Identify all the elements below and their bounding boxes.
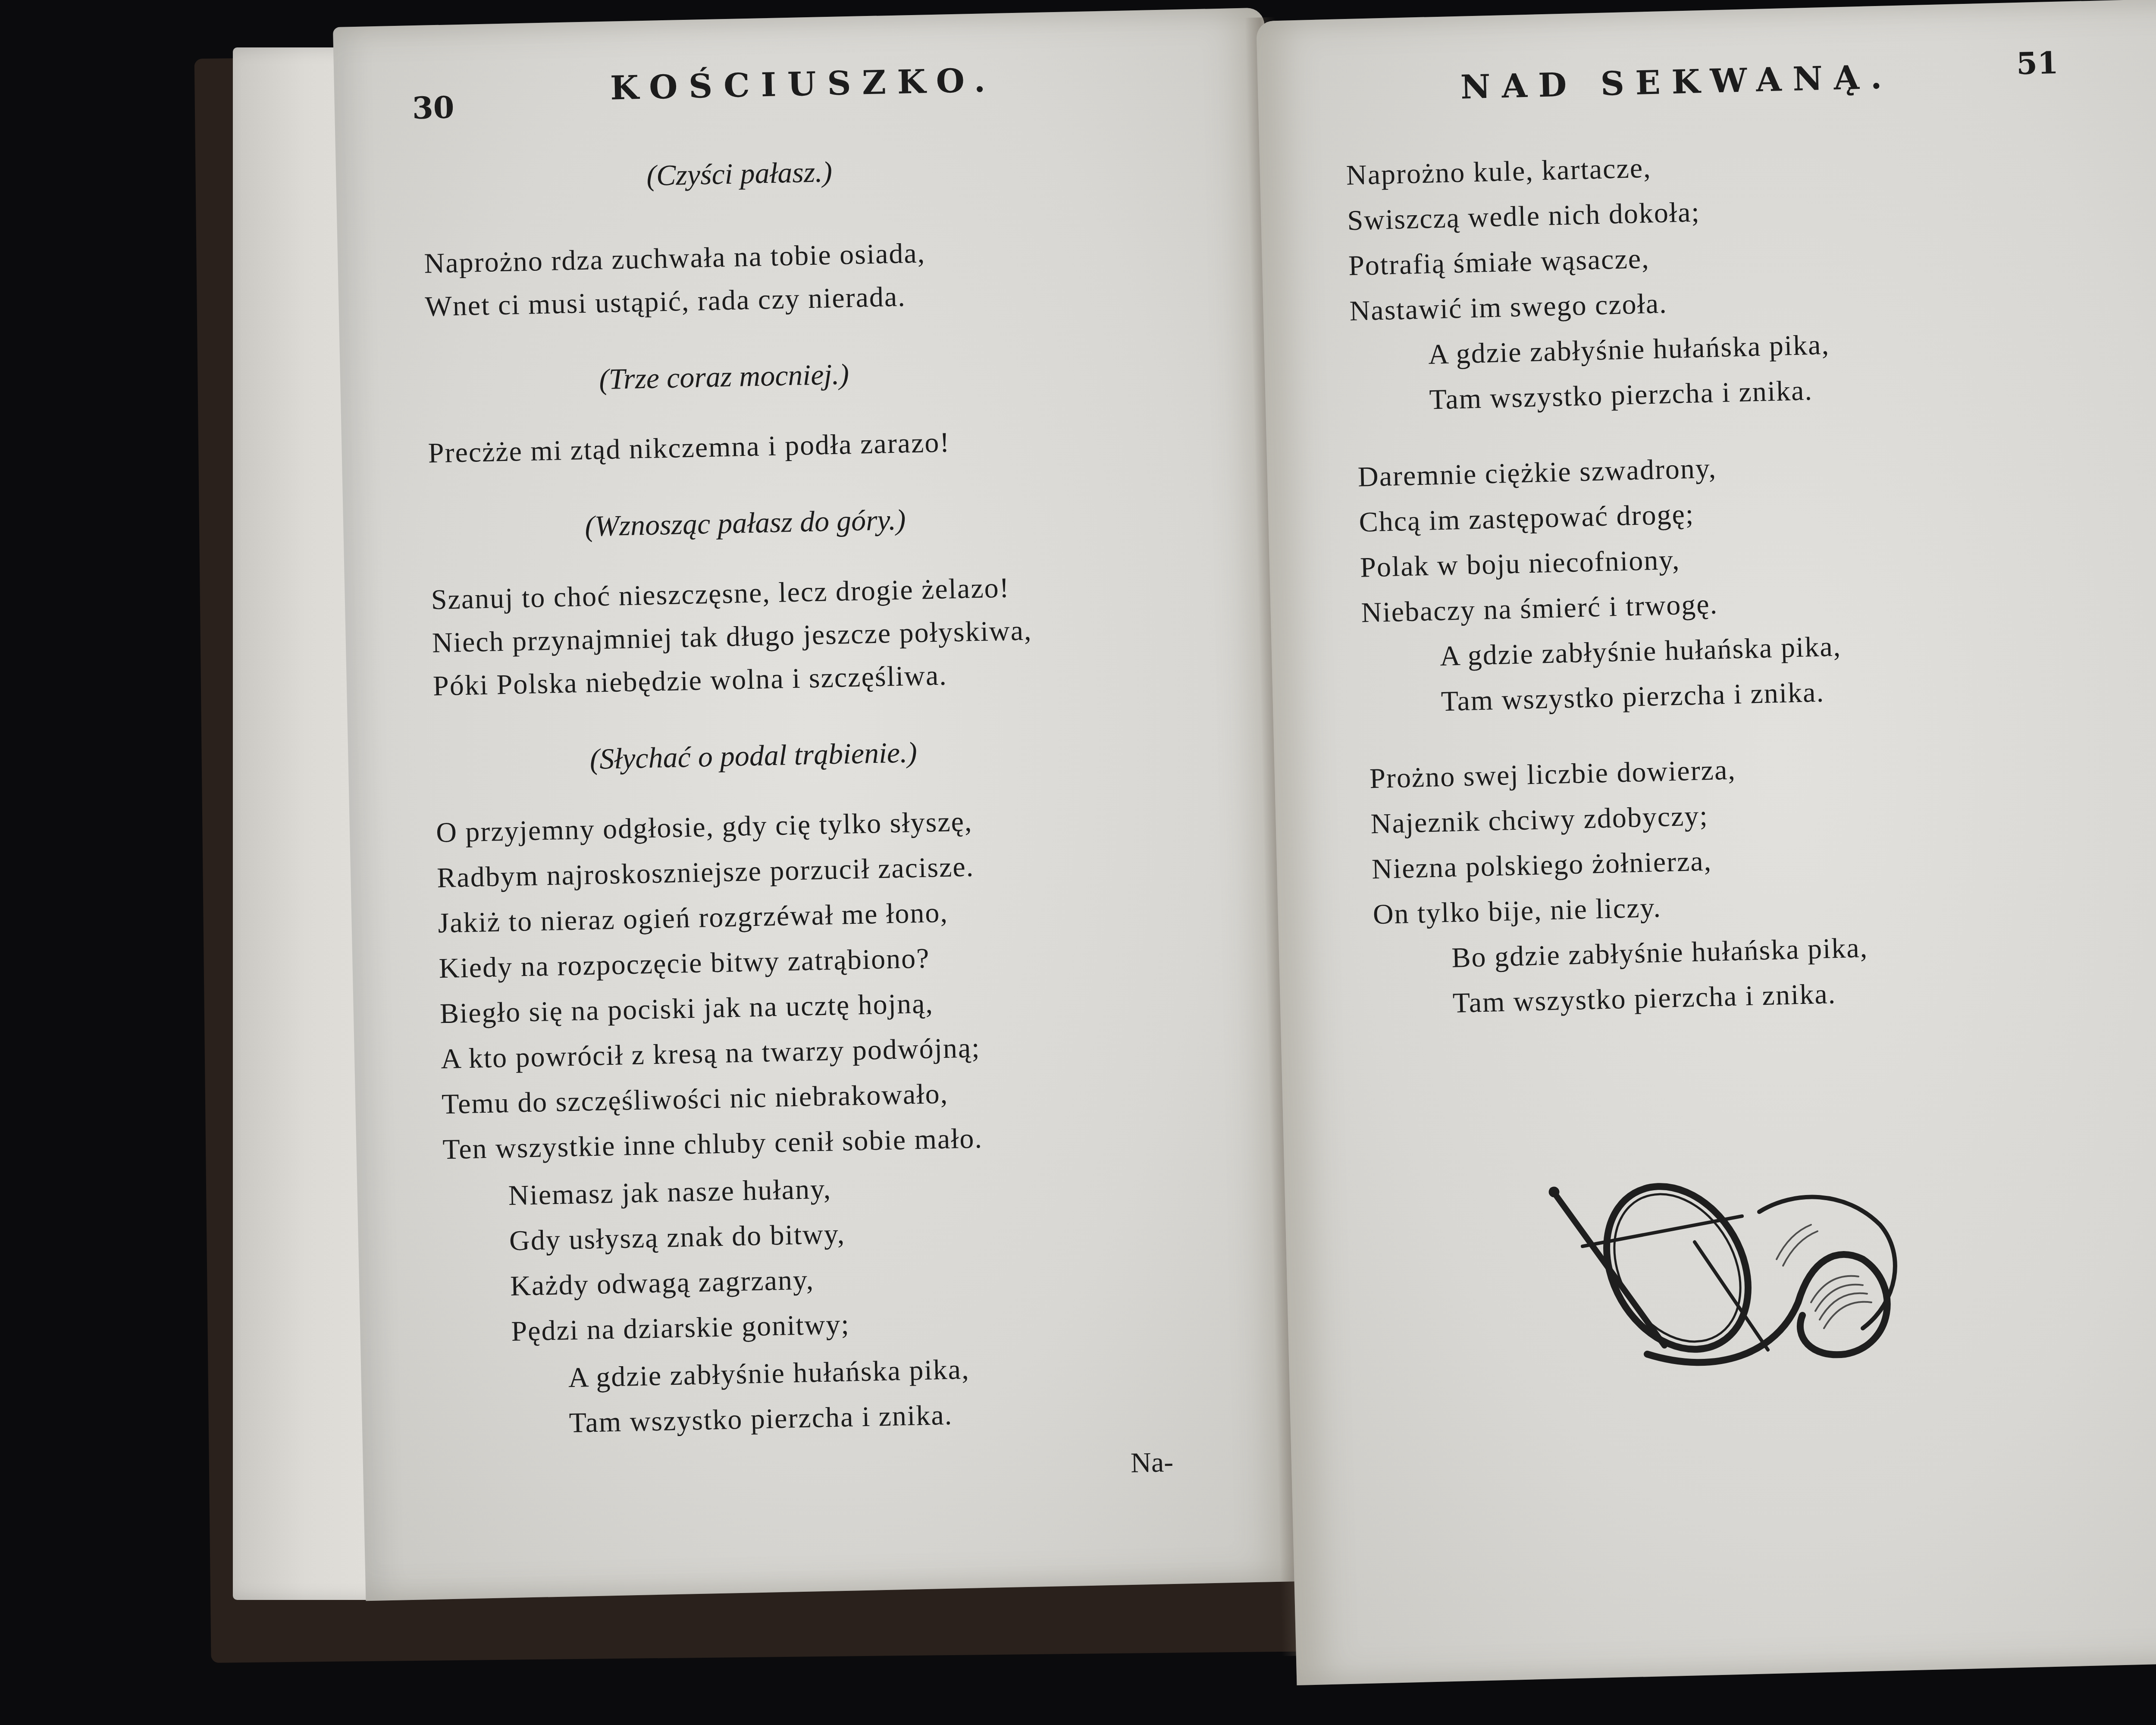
- verse-line: Pędzi na dziarskie gonitwy;: [511, 1311, 850, 1346]
- verse-line: Potrafią śmiałe wąsacze,: [1348, 245, 1650, 280]
- verse-line: Niemasz jak nasze hułany,: [508, 1175, 832, 1210]
- verse-line: Kiedy na rozpoczęcie bitwy zatrąbiono?: [439, 944, 930, 983]
- verse-line: Daremnie ciężkie szwadrony,: [1357, 454, 1717, 491]
- refrain-line: Tam wszystko pierzcha i znika.: [569, 1401, 953, 1438]
- verse-line: Chcą im zastępować drogę;: [1359, 500, 1695, 537]
- verse-line: A kto powrócił z kresą na twarzy podwójn…: [441, 1034, 981, 1073]
- refrain-line: Tam wszystko pierzcha i znika.: [1452, 980, 1836, 1018]
- verse-line: Radbym najroskoszniejsze porzucił zacisz…: [437, 853, 975, 892]
- verse-line: Naprożno rdza zuchwała na tobie osiada,: [424, 239, 926, 278]
- running-head-right: NAD SEKWANĄ.: [1460, 57, 1893, 106]
- verse-line: Jakiż to nieraz ogień rozgrzéwał me łono…: [438, 899, 948, 938]
- verse-line: Precżże mi ztąd nikczemna i podła zarazo…: [428, 428, 950, 467]
- verse-line: Niech przynajmniej tak długo jeszcze poł…: [432, 616, 1032, 657]
- page-number-left: 30: [412, 89, 454, 126]
- verse-line: Biegło się na pociski jak na ucztę hojną…: [439, 989, 934, 1028]
- refrain-line: A gdzie zabłyśnie hułańska pika,: [568, 1355, 970, 1392]
- refrain-line: Tam wszystko pierzcha i znika.: [1429, 376, 1813, 414]
- verse-line: On tylko bije, nie liczy.: [1373, 894, 1661, 929]
- hunting-horn-icon: [1535, 1173, 1915, 1371]
- refrain-line: A gdzie zabłyśnie hułańska pika,: [1440, 632, 1842, 671]
- verse-line: Póki Polska niebędzie wolna i szczęśliwa…: [432, 662, 947, 701]
- catchword: Na-: [1130, 1446, 1174, 1480]
- left-page: 30 KOŚCIUSZKO. (Czyści pałasz.) Naprożno…: [333, 8, 1297, 1601]
- stage-direction: (Trze coraz mocniej.): [599, 357, 849, 396]
- verse-line: Najeznik chciwy zdobyczy;: [1370, 802, 1708, 838]
- verse-line: Gdy usłyszą znak do bitwy,: [509, 1220, 845, 1255]
- running-head-left: KOŚCIUSZKO.: [610, 61, 997, 107]
- verse-line: Swiszczą wedle nich dokoła;: [1347, 198, 1701, 235]
- verse-line: Temu do szczęśliwości nic niebrakowało,: [442, 1080, 949, 1119]
- right-page: NAD SEKWANĄ. 51 Naprożno kule, kartacze,…: [1256, 0, 2156, 1685]
- verse-line: O przyjemny odgłosie, gdy cię tylko słys…: [436, 807, 973, 847]
- verse-line: Każdy odwagą zagrzany,: [510, 1266, 815, 1301]
- verse-line: Szanuj to choć nieszczęsne, lecz drogie …: [431, 574, 1010, 614]
- verse-line: Prożno swej liczbie dowierza,: [1369, 756, 1736, 793]
- verse-line: Ten wszystkie inne chluby cenił sobie ma…: [442, 1124, 983, 1164]
- stage-direction: (Czyści pałasz.): [646, 155, 833, 193]
- verse-line: Polak w boju niecofniony,: [1360, 546, 1680, 582]
- stage-direction: (Wznosząc pałasz do góry.): [585, 502, 906, 543]
- verse-line: Nastawić im swego czoła.: [1349, 289, 1668, 326]
- verse-line: Niebaczy na śmierć i trwogę.: [1361, 590, 1718, 627]
- page-number-right: 51: [2016, 45, 2059, 82]
- stage-direction: (Słychać o podal trąbienie.): [589, 735, 918, 776]
- verse-line: Niezna polskiego żołnierza,: [1372, 847, 1712, 884]
- verse-line: Wnet ci musi ustąpić, rada czy nierada.: [425, 282, 906, 321]
- refrain-line: Bo gdzie zabłyśnie hułańska pika,: [1451, 934, 1868, 972]
- verse-line: Naprożno kule, kartacze,: [1346, 154, 1651, 190]
- refrain-line: A gdzie zabłyśnie hułańska pika,: [1428, 331, 1830, 369]
- refrain-line: Tam wszystko pierzcha i znika.: [1441, 678, 1825, 716]
